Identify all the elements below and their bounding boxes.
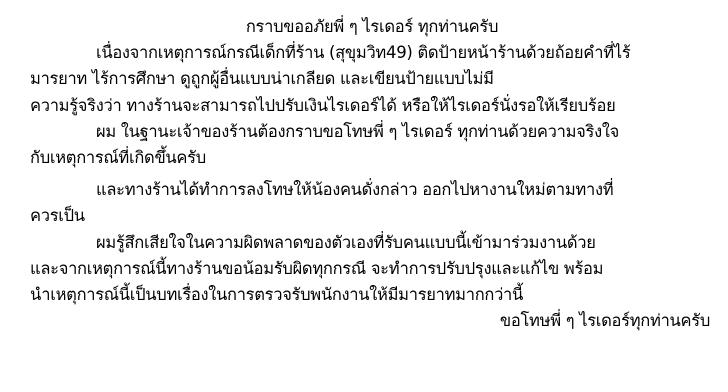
paragraph-3-line-2: ควรเป็น [30,203,85,229]
paragraph-4-line-1: ผมรู้สึกเสียใจในความผิดพลาดของตัวเองที่ร… [96,230,596,256]
paragraph-1-line-1: เนื่องจากเหตุการณ์กรณีเด็กที่ร้าน (สุขุม… [96,40,630,66]
letter-title: กราบขออภัยพี่ ๆ ไรเดอร์ ทุกท่านครับ [0,14,728,40]
paragraph-4-line-2: และจากเหตุการณ์นี้ทางร้านขอน้อมรับผิดทุก… [30,256,603,282]
paragraph-2-line-2: กับเหตุการณ์ที่เกิดขึ้นครับ [30,145,206,171]
paragraph-3-line-1: และทางร้านได้ทำการลงโทษให้น้องคนดั่งกล่า… [96,177,613,203]
paragraph-1-line-3: ความรู้จริงว่า ทางร้านจะสามารถไปปรับเงิน… [30,93,615,119]
paragraph-2-line-1: ผม ในฐานะเจ้าของร้านต้องกราบขอโทษพี่ ๆ ไ… [96,119,619,145]
paragraph-1-line-2: มารยาท ไร้การศึกษา ดูถูกผู้อื่นแบบน่าเกล… [30,66,494,92]
apology-letter: กราบขออภัยพี่ ๆ ไรเดอร์ ทุกท่านครับ เนื่… [0,0,728,392]
paragraph-4-line-3: นำเหตุการณ์นี้เป็นบทเรื่องในการตรวจรับพน… [30,282,523,308]
letter-signoff: ขอโทษพี่ ๆ ไรเดอร์ทุกท่านครับ [500,308,710,334]
